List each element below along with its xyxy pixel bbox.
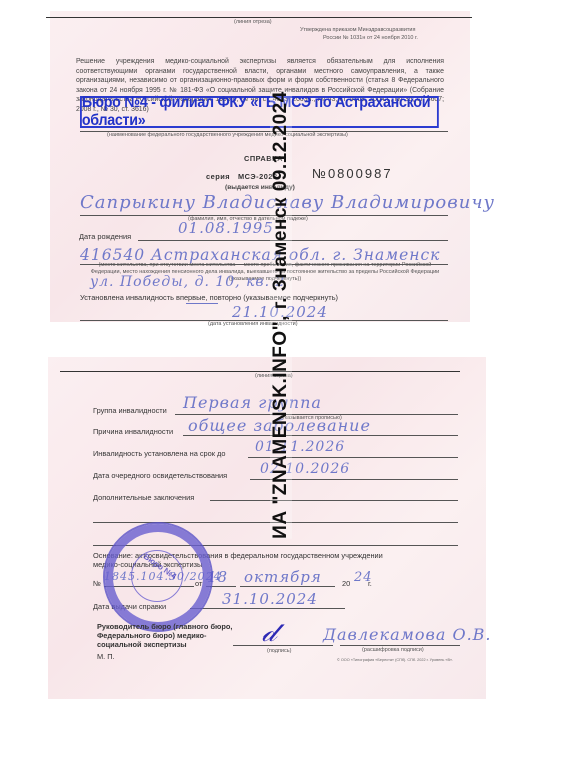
certificate-number: №0800987 — [312, 166, 393, 181]
series-label: серия — [206, 172, 230, 181]
birth-date-label: Дата рождения — [79, 232, 131, 241]
approval-line-2: России № 1031н от 24 ноября 2010 г. — [323, 35, 418, 41]
signature-decode-line — [340, 645, 460, 646]
head-label: Руководитель бюро (главного бюро, Федера… — [97, 622, 237, 649]
signature-mark: 𝒹 — [262, 615, 276, 649]
institution-caption: (наименование федерального государственн… — [107, 132, 348, 138]
cause-label: Причина инвалидности — [93, 427, 173, 436]
watermark-text: ИА "ZNAMENSK.INFO", г. Знаменск 09.12.20… — [270, 91, 292, 539]
approval-line-1: Утверждена приказом Минздравсоцразвития — [300, 27, 415, 33]
term-label: Инвалидность установлена на срок до — [93, 449, 225, 458]
birth-date-value: 01.08.1995 — [178, 219, 274, 237]
seal-place-label: М. П. — [97, 652, 115, 661]
printer-imprint: © ООО «Типография «Береста» (СПб). СПб. … — [337, 658, 453, 662]
act-month-line — [240, 586, 335, 587]
act-year-suffix: г. — [368, 579, 372, 588]
cut-line-top — [46, 17, 472, 18]
institution-stamp: Бюро №4 - филиал ФКУ «ГБ МСЭ по Астрахан… — [80, 96, 439, 128]
signature-decode-value: Давлекамова О.В. — [323, 625, 492, 644]
term-value: 01.11.2026 — [255, 439, 345, 455]
address-handwritten-line-2: ул. Победы, д. 10, кв. 2 — [90, 274, 285, 290]
official-seal: Бюро №4 — [103, 522, 213, 632]
additional-label: Дополнительные заключения — [93, 493, 194, 502]
institution-stamp-text: Бюро №4 - филиал ФКУ «ГБ МСЭ по Астрахан… — [82, 94, 437, 130]
signature-caption: (подпись) — [267, 648, 291, 654]
signature-line — [233, 645, 333, 646]
signature-decode-caption: (расшифровка подписи) — [362, 647, 424, 653]
cut-line-label: (линия отреза) — [234, 19, 272, 25]
underline-first-time — [186, 303, 218, 304]
group-value: Первая группа — [183, 393, 322, 412]
act-number-prefix: № — [93, 579, 101, 588]
act-month-value: октября — [244, 568, 322, 586]
issue-date-value: 31.10.2024 — [222, 590, 318, 608]
group-label: Группа инвалидности — [93, 406, 167, 415]
cause-line — [183, 435, 458, 436]
additional-line-1 — [210, 500, 458, 501]
birth-date-line — [138, 240, 448, 241]
act-year-prefix: 20 — [342, 579, 350, 588]
issue-date-line — [190, 608, 345, 609]
cut-line-bottom — [60, 371, 460, 372]
next-exam-label: Дата очередного освидетельствования — [93, 471, 227, 480]
disability-established-text: Установлена инвалидность впервые, повтор… — [80, 293, 338, 302]
